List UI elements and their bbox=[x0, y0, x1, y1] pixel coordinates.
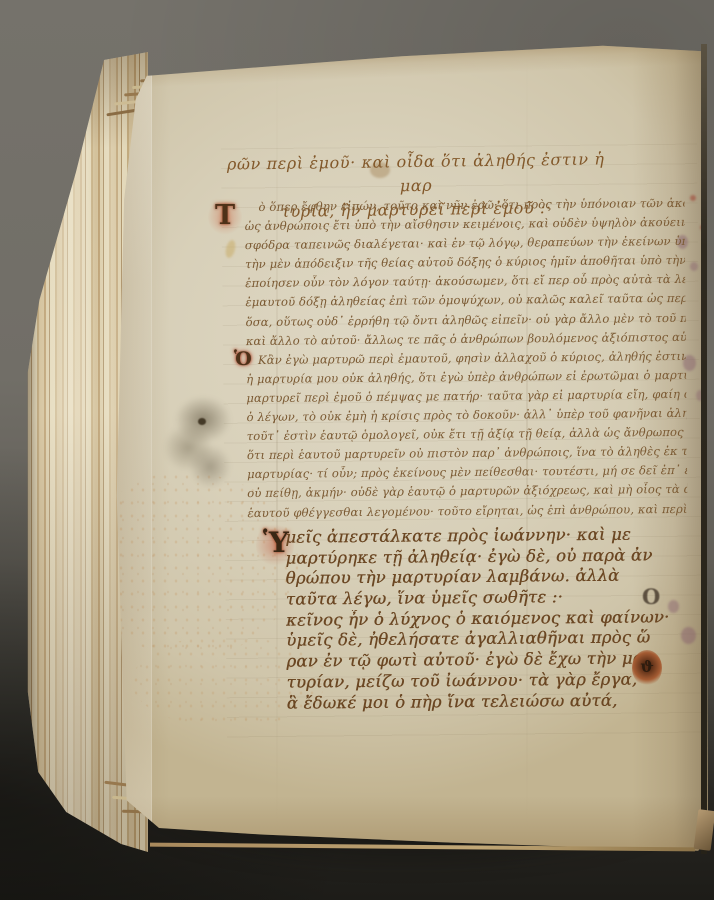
stain-dark-dot bbox=[198, 418, 206, 425]
margin-mark-ring: Ο bbox=[642, 584, 662, 610]
margin-mark-theta: ϑ bbox=[632, 650, 662, 686]
spine-gutter bbox=[701, 44, 707, 854]
manuscript-photo: ρῶν περὶ ἐμοῦ· καὶ οἶδα ὅτι ἀληθής ἐστιν… bbox=[0, 0, 714, 900]
drop-cap-tau: Τ bbox=[215, 200, 235, 231]
heading-line: ρῶν περὶ ἐμοῦ· καὶ οἶδα ὅτι ἀληθής ἐστιν… bbox=[214, 147, 619, 201]
manuscript-page: ρῶν περὶ ἐμοῦ· καὶ οἶδα ὅτι ἀληθής ἐστιν… bbox=[96, 40, 708, 854]
gospel-block: μεῖς ἀπεστάλκατε πρὸς ἰωάννην· καὶ με μα… bbox=[285, 524, 669, 714]
purple-stain bbox=[668, 600, 679, 613]
red-dot-stain bbox=[690, 195, 696, 201]
purple-stain bbox=[690, 262, 698, 271]
gospel-line: ἃ ἔδωκέ μοι ὁ πὴρ ἵνα τελειώσω αὐτά, bbox=[287, 690, 669, 714]
next-leaf-sliver bbox=[694, 809, 714, 851]
purple-stain bbox=[681, 627, 696, 644]
commentary-block: ὸ ὅπερ ἔφθην εἰπών, τοῦτο καὶ νῦν ἐρῶ· ὅ… bbox=[244, 196, 687, 525]
